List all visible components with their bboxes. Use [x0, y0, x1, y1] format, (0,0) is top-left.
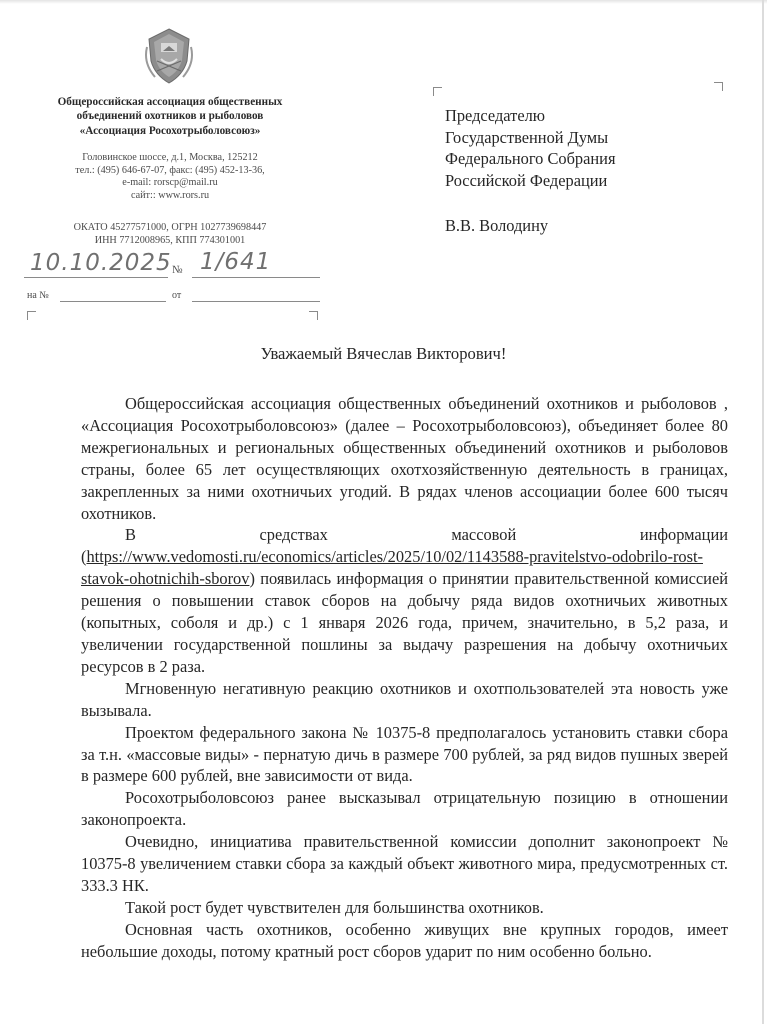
addressee-line: Федерального Собрания [445, 148, 745, 170]
organization-contacts: Головинское шоссе, д.1, Москва, 125212 т… [20, 152, 320, 202]
inn-kpp-line: ИНН 7712008965, КПП 774301001 [20, 235, 320, 248]
org-name-line: Общероссийская ассоциация общественных [20, 95, 320, 109]
org-name-line: «Ассоциация Росохотрыболовсоюз» [20, 124, 320, 138]
paragraph: Проектом федерального закона № 10375-8 п… [81, 722, 728, 788]
email-line: e-mail: rorscp@mail.ru [20, 177, 320, 190]
addressee-line: Председателю [445, 105, 745, 127]
from-label: от [172, 290, 181, 301]
from-underline [192, 301, 320, 302]
org-name-line: объединений охотников и рыболовов [20, 109, 320, 123]
number-label: № [172, 264, 183, 276]
letter-body: Общероссийская ассоциация общественных о… [81, 393, 728, 963]
corner-mark [433, 87, 442, 96]
organization-codes: ОКАТО 45277571000, ОГРН 1027739698447 ИН… [20, 222, 320, 247]
addressee-line: Государственной Думы [445, 127, 745, 149]
website-line: сайт:: www.rors.ru [20, 190, 320, 203]
paragraph: Очевидно, инициатива правительственной к… [81, 831, 728, 897]
okato-ogrn-line: ОКАТО 45277571000, ОГРН 1027739698447 [20, 222, 320, 235]
paragraph: Такой рост будет чувствителен для больши… [81, 897, 728, 919]
reply-to-underline [60, 301, 166, 302]
address-line: Головинское шоссе, д.1, Москва, 125212 [20, 152, 320, 165]
date-underline [24, 277, 168, 278]
corner-mark [27, 311, 36, 320]
number-underline [192, 277, 320, 278]
scan-top-edge [0, 0, 767, 4]
reply-to-label: на № [27, 290, 49, 301]
organization-name: Общероссийская ассоциация общественных о… [20, 95, 320, 138]
handwritten-number: 1/641 [200, 249, 271, 275]
handwritten-date: 10.10.2025 [30, 250, 172, 276]
paragraph: В средствах массовой информации (https:/… [81, 524, 728, 677]
association-emblem-icon [143, 27, 195, 85]
phone-fax-line: тел.: (495) 646-67-07, факс: (495) 452-1… [20, 165, 320, 178]
salutation: Уважаемый Вячеслав Викторович! [0, 344, 767, 364]
paragraph: Общероссийская ассоциация общественных о… [81, 393, 728, 524]
corner-mark [309, 311, 318, 320]
scan-right-edge [762, 0, 764, 1024]
paragraph: Мгновенную негативную реакцию охотников … [81, 678, 728, 722]
paragraph: Основная часть охотников, особенно живущ… [81, 919, 728, 963]
addressee-block: Председателю Государственной Думы Федера… [445, 105, 745, 191]
addressee-line: Российской Федерации [445, 170, 745, 192]
paragraph: Росохотрыболовсоюз ранее высказывал отри… [81, 787, 728, 831]
corner-mark [714, 82, 723, 91]
addressee-name: В.В. Володину [445, 216, 548, 236]
